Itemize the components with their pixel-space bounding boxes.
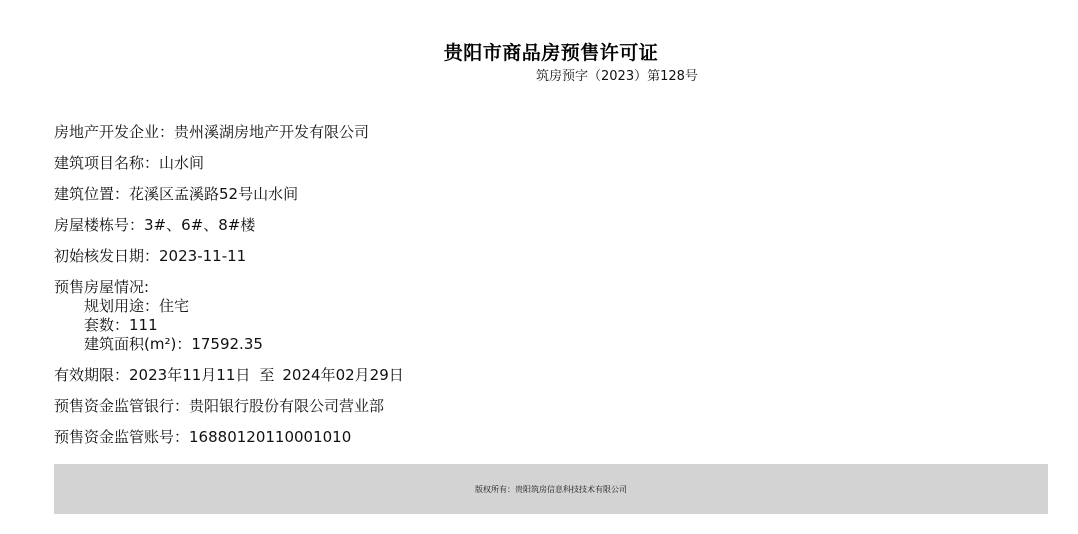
field-presale-info: 预售房屋情况: 规划用途：住宅 套数：111 建筑面积(m²)：17592.35	[54, 278, 404, 354]
field-supervising-bank: 预售资金监管银行：贵阳银行股份有限公司营业部	[54, 397, 404, 416]
field-validity: 有效期限：2023年11月11日至2024年02月29日	[54, 366, 404, 385]
field-supervising-account: 预售资金监管账号：16880120110001010	[54, 428, 404, 447]
field-label: 预售资金监管账号：	[54, 428, 189, 446]
copyright-text: 版权所有：贵阳筑房信息科技技术有限公司	[475, 484, 627, 495]
field-value: 山水间	[159, 154, 204, 172]
footer: 版权所有：贵阳筑房信息科技技术有限公司	[54, 464, 1048, 514]
license-page: 贵阳市商品房预售许可证 筑房预字（2023）第128号 房地产开发企业：贵州溪湖…	[0, 0, 1078, 534]
field-value: 111	[129, 316, 158, 334]
field-label: 建筑面积(m²)：	[84, 335, 191, 353]
field-buildings: 房屋楼栋号：3#、6#、8#楼	[54, 216, 404, 235]
field-value: 3#、6#、8#楼	[144, 216, 255, 234]
field-value: 2023-11-11	[159, 247, 246, 265]
field-developer: 房地产开发企业：贵州溪湖房地产开发有限公司	[54, 123, 404, 142]
field-label: 房地产开发企业：	[54, 123, 174, 141]
license-fields: 房地产开发企业：贵州溪湖房地产开发有限公司 建筑项目名称：山水间 建筑位置：花溪…	[54, 123, 404, 459]
field-label: 房屋楼栋号：	[54, 216, 144, 234]
field-units: 套数：111	[54, 316, 404, 335]
validity-start: 2023年11月11日	[129, 366, 250, 384]
field-label: 有效期限：	[54, 366, 129, 384]
field-label: 初始核发日期：	[54, 247, 159, 265]
field-label: 预售资金监管银行：	[54, 397, 189, 415]
field-label: 规划用途：	[84, 297, 159, 315]
field-location: 建筑位置：花溪区孟溪路52号山水间	[54, 185, 404, 204]
page-title: 贵阳市商品房预售许可证	[0, 38, 1078, 65]
field-value: 住宅	[159, 297, 189, 315]
field-value: 贵阳银行股份有限公司营业部	[189, 397, 384, 415]
field-value: 花溪区孟溪路52号山水间	[129, 185, 298, 203]
field-area: 建筑面积(m²)：17592.35	[54, 335, 404, 354]
validity-end: 2024年02月29日	[282, 366, 403, 384]
validity-separator: 至	[259, 366, 274, 385]
license-number: 筑房预字（2023）第128号	[536, 65, 698, 84]
field-label: 建筑位置：	[54, 185, 129, 203]
field-value: 17592.35	[191, 335, 263, 353]
field-usage: 规划用途：住宅	[54, 297, 404, 316]
field-label: 建筑项目名称：	[54, 154, 159, 172]
field-issue-date: 初始核发日期：2023-11-11	[54, 247, 404, 266]
field-label: 套数：	[84, 316, 129, 334]
field-value: 贵州溪湖房地产开发有限公司	[174, 123, 369, 141]
field-label: 预售房屋情况:	[54, 278, 404, 297]
field-project-name: 建筑项目名称：山水间	[54, 154, 404, 173]
field-value: 16880120110001010	[189, 428, 351, 446]
